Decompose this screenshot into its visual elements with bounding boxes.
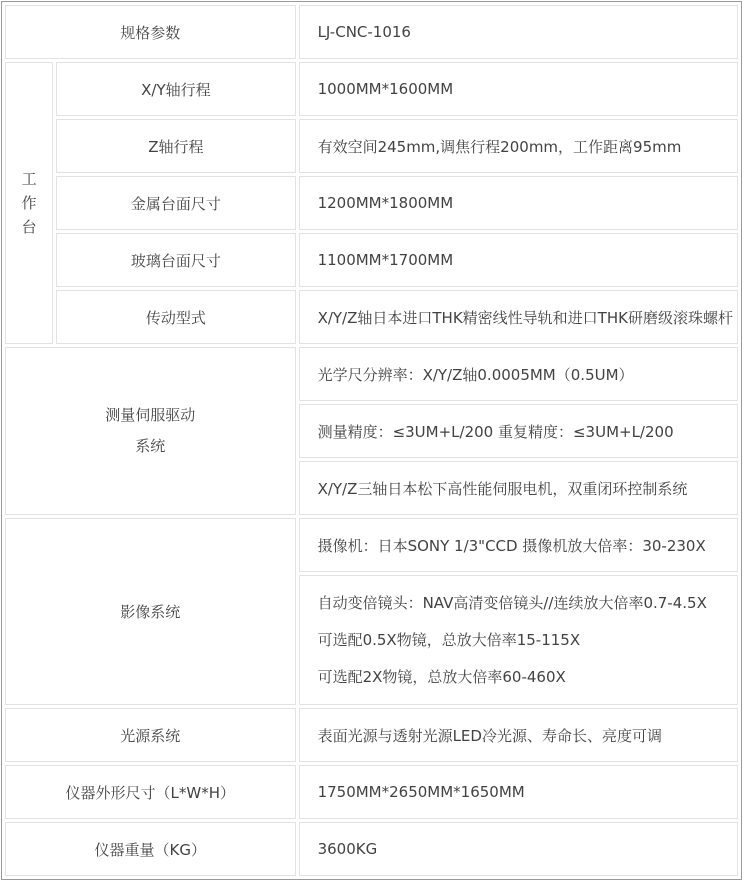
metal-table-size-value: 1200MM*1800MM: [299, 176, 738, 230]
metal-table-size-label: 金属台面尺寸: [56, 176, 295, 230]
zoom-lens-value: 自动变倍镜头：NAV高清变倍镜头//连续放大倍率0.7-4.5X 可选配0.5X…: [299, 575, 738, 705]
table-row: 玻璃台面尺寸 1100MM*1700MM: [5, 233, 738, 287]
zoom-lens-line3: 可选配2X物镜，总放大倍率60-460X: [318, 659, 727, 696]
table-row: 影像系统 摄像机：日本SONY 1/3"CCD 摄像机放大倍率：30-230X: [5, 518, 738, 572]
light-system-value: 表面光源与透射光源LED冷光源、寿命长、亮度可调: [299, 708, 738, 762]
specification-table: 规格参数 LJ-CNC-1016 工 作 台 X/Y轴行程 1000MM*160…: [1, 1, 742, 880]
xy-travel-value: 1000MM*1600MM: [299, 62, 738, 116]
servo-motor-value: X/Y/Z三轴日本松下高性能伺服电机，双重闭环控制系统: [299, 461, 738, 515]
servo-system-label-text: 测量伺服驱动 系统: [10, 400, 291, 462]
dimensions-label: 仪器外形尺寸（L*W*H）: [5, 765, 296, 819]
table-row: 规格参数 LJ-CNC-1016: [5, 5, 738, 59]
z-travel-value: 有效空间245mm,调焦行程200mm，工作距离95mm: [299, 119, 738, 173]
dimensions-value: 1750MM*2650MM*1650MM: [299, 765, 738, 819]
table-row: 仪器外形尺寸（L*W*H） 1750MM*2650MM*1650MM: [5, 765, 738, 819]
zoom-lens-line1: 自动变倍镜头：NAV高清变倍镜头//连续放大倍率0.7-4.5X: [318, 585, 727, 622]
spec-title-label: 规格参数: [5, 5, 296, 59]
servo-label-line1: 测量伺服驱动: [10, 400, 291, 431]
drive-type-label: 传动型式: [56, 290, 295, 344]
weight-label: 仪器重量（KG）: [5, 822, 296, 876]
glass-table-size-label: 玻璃台面尺寸: [56, 233, 295, 287]
optical-scale-resolution-value: 光学尺分辨率：X/Y/Z轴0.0005MM（0.5UM）: [299, 347, 738, 401]
z-travel-label: Z轴行程: [56, 119, 295, 173]
vertical-text: 工 作 台: [10, 171, 48, 235]
drive-type-value: X/Y/Z轴日本进口THK精密线性导轨和进口THK研磨级滚珠螺杆: [299, 290, 738, 344]
vertical-char: 工: [22, 171, 37, 187]
imaging-system-label: 影像系统: [5, 518, 296, 705]
zoom-lens-line2: 可选配0.5X物镜，总放大倍率15-115X: [318, 622, 727, 659]
camera-value: 摄像机：日本SONY 1/3"CCD 摄像机放大倍率：30-230X: [299, 518, 738, 572]
spec-model-value: LJ-CNC-1016: [299, 5, 738, 59]
worktable-group-label: 工 作 台: [5, 62, 53, 344]
zoom-lens-lines: 自动变倍镜头：NAV高清变倍镜头//连续放大倍率0.7-4.5X 可选配0.5X…: [318, 585, 727, 696]
spec-sheet: 规格参数 LJ-CNC-1016 工 作 台 X/Y轴行程 1000MM*160…: [0, 0, 748, 886]
weight-value: 3600KG: [299, 822, 738, 876]
xy-travel-label: X/Y轴行程: [56, 62, 295, 116]
servo-label-line2: 系统: [10, 431, 291, 462]
vertical-char: 作: [22, 195, 37, 211]
vertical-char: 台: [22, 219, 37, 235]
table-row: 传动型式 X/Y/Z轴日本进口THK精密线性导轨和进口THK研磨级滚珠螺杆: [5, 290, 738, 344]
table-row: 测量伺服驱动 系统 光学尺分辨率：X/Y/Z轴0.0005MM（0.5UM）: [5, 347, 738, 401]
table-row: 金属台面尺寸 1200MM*1800MM: [5, 176, 738, 230]
table-row: Z轴行程 有效空间245mm,调焦行程200mm，工作距离95mm: [5, 119, 738, 173]
table-row: 工 作 台 X/Y轴行程 1000MM*1600MM: [5, 62, 738, 116]
glass-table-size-value: 1100MM*1700MM: [299, 233, 738, 287]
servo-system-label: 测量伺服驱动 系统: [5, 347, 296, 515]
table-row: 仪器重量（KG） 3600KG: [5, 822, 738, 876]
measure-accuracy-value: 测量精度：≤3UM+L/200 重复精度：≤3UM+L/200: [299, 404, 738, 458]
table-row: 光源系统 表面光源与透射光源LED冷光源、寿命长、亮度可调: [5, 708, 738, 762]
light-system-label: 光源系统: [5, 708, 296, 762]
